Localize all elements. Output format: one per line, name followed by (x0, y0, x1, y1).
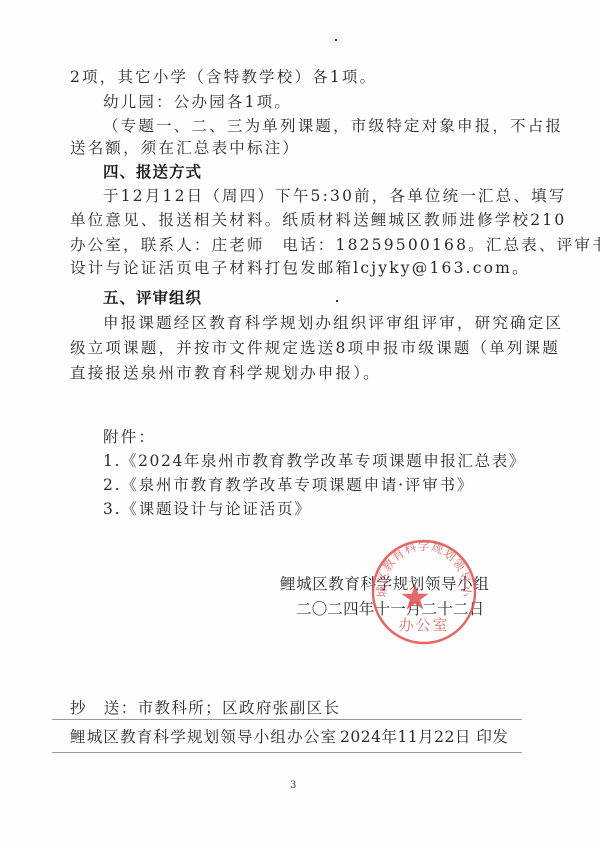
attachment-item: 3.《课题设计与论证活页》 (103, 499, 522, 519)
divider-rule (52, 719, 522, 720)
scan-speck (336, 300, 338, 302)
scan-speck (335, 39, 337, 41)
paragraph-line: 直接报送泉州市教育科学规划办申报）。 (70, 363, 522, 383)
paragraph-line: 2项，其它小学（含特教学校）各1项。 (70, 67, 522, 87)
issuer-org: 鲤城区教育科学规划领导小组办公室 (70, 727, 337, 747)
issue-date: 2024年11月22日 印发 (340, 727, 508, 747)
section-heading-review: 五、评审组织 (103, 288, 522, 308)
paragraph-line: （专题一、二、三为单列课题，市级特定对象申报，不占报 (103, 116, 522, 136)
paragraph-line: 级立项课题，并按市文件规定选送8项申报市级课题（单列课题 (70, 338, 522, 358)
paragraph-line: 幼儿园：公办园各1项。 (103, 92, 522, 112)
paragraph-line: 设计与论证活页电子材料打包发邮箱lcjyky@163.com。 (70, 258, 522, 278)
paragraph-line: 于12月12日（周四）下午5:30前，各单位统一汇总、填写 (103, 186, 522, 206)
attachment-item: 1.《2024年泉州市教育教学改革专项课题申报汇总表》 (103, 451, 522, 471)
section-heading-submission: 四、报送方式 (103, 162, 522, 182)
paragraph-line: 办公室，联系人：庄老师 电话：18259500168。汇总表、评审书、 (70, 235, 522, 255)
paragraph-line: 单位意见、报送相关材料。纸质材料送鲤城区教师进修学校210 (70, 210, 522, 230)
paragraph-line: 申报课题经区教育科学规划办组织评审组评审，研究确定区 (103, 313, 522, 333)
cc-line: 抄 送：市教科所；区政府张副区长 (70, 698, 340, 718)
attachments-label: 附件： (103, 427, 522, 447)
page-number: 3 (290, 780, 296, 791)
signature-date: 二〇二四年十一月二十二日 (296, 599, 484, 619)
document-page: 2项，其它小学（含特教学校）各1项。 幼儿园：公办园各1项。 （专题一、二、三为… (0, 0, 600, 848)
paragraph-line: 送名额，须在汇总表中标注） (70, 138, 522, 158)
signature-org: 鲤城区教育科学规划领导小组 (280, 574, 489, 594)
attachment-item: 2.《泉州市教育教学改革专项课题申请·评审书》 (103, 475, 522, 495)
divider-rule (52, 752, 522, 753)
